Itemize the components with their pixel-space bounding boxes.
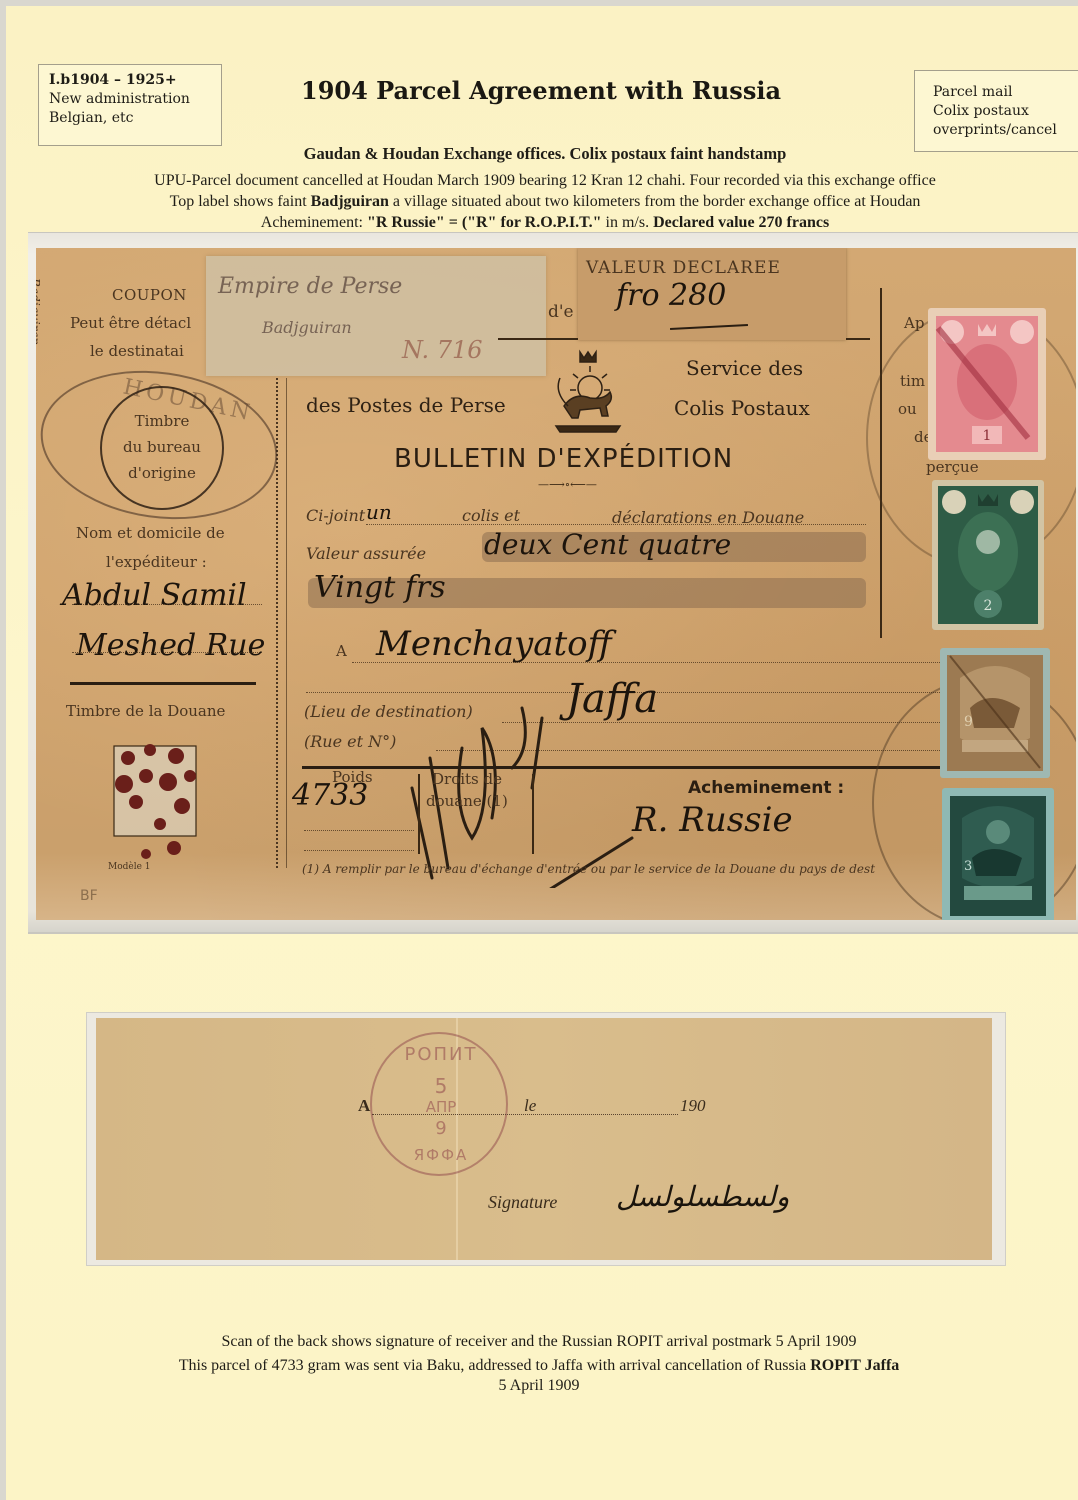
section-line-2: Colix postaux bbox=[933, 102, 1074, 121]
timbre-line-3: d'origine bbox=[100, 460, 224, 486]
parcel-back-scan: РОПИТ 5 АПР 9 ЯФФА A le 190 Signature ول… bbox=[96, 1018, 992, 1260]
pencil-note: BF bbox=[80, 888, 98, 904]
description-line-3: Acheminement: "R Russie" = ("R" for R.O.… bbox=[6, 214, 1078, 232]
valeur-amount: fro 280 bbox=[616, 278, 726, 313]
top-rule-left bbox=[498, 338, 578, 340]
ropit-top-text: РОПИТ bbox=[372, 1044, 510, 1065]
handwritten-scrawl-icon bbox=[392, 688, 652, 888]
footer-line-2: This parcel of 4733 gram was sent via Ba… bbox=[0, 1357, 1078, 1375]
dotted-line bbox=[352, 662, 942, 663]
stamp-3-chahi-green-icon: 3 bbox=[942, 788, 1054, 920]
empire-de-perse-label: Empire de Perse Badjguiran N. 716 bbox=[206, 256, 546, 376]
dotted-line bbox=[304, 850, 414, 851]
des-postes-de-perse: des Postes de Perse bbox=[306, 393, 506, 417]
stamp-2-kran-green-icon: 2 bbox=[932, 480, 1044, 630]
svg-text:3: 3 bbox=[964, 859, 972, 874]
description-line-2: Top label shows faint Badjguiran a villa… bbox=[6, 193, 1078, 211]
nom-domicile-label: Nom et domicile de bbox=[76, 524, 225, 542]
coupon-rule bbox=[70, 682, 256, 685]
coupon-sub-1: Peut être détacl bbox=[70, 314, 191, 332]
margin-handwriting: Badjguiran bbox=[36, 278, 42, 345]
weight-handwriting: 4733 bbox=[292, 778, 368, 813]
weight-divider bbox=[418, 774, 420, 854]
ornament: —⟶∘⟵— bbox=[538, 478, 597, 491]
timbre-line-2: du bureau bbox=[100, 434, 224, 460]
ropit-postmark: РОПИТ 5 АПР 9 ЯФФА bbox=[370, 1032, 508, 1176]
acheminement-handwriting: R. Russie bbox=[632, 800, 793, 840]
empire-label-line-2: Badjguiran bbox=[262, 318, 352, 337]
ropit-bottom-text: ЯФФА bbox=[372, 1146, 510, 1164]
lion-and-sun-emblem-icon bbox=[550, 348, 626, 440]
douane-note-label: douane (1) bbox=[426, 792, 508, 810]
ci-joint-label: Ci-joint bbox=[306, 506, 365, 525]
footnote: (1) A remplir par le bureau d'échange d'… bbox=[302, 862, 875, 876]
description-line-1: UPU-Parcel document cancelled at Houdan … bbox=[6, 172, 1078, 190]
weight-section-rule bbox=[302, 766, 942, 769]
svg-text:1: 1 bbox=[983, 428, 992, 444]
section-line-3: overprints/cancel bbox=[933, 121, 1074, 140]
valeur-declaree-label: VALEUR DECLAREE fro 280 bbox=[578, 248, 846, 340]
timbre-bureau-origine: Timbre du bureau d'origine bbox=[100, 408, 224, 486]
valeur-underline bbox=[670, 324, 748, 330]
ropit-year: 9 bbox=[372, 1118, 510, 1139]
back-year-label: 190 bbox=[680, 1096, 706, 1116]
expediteur-label: l'expéditeur : bbox=[106, 553, 207, 571]
svg-text:9: 9 bbox=[964, 714, 973, 730]
valeur-handwriting-1: deux Cent quatre bbox=[484, 528, 731, 561]
valeur-assuree-label: Valeur assurée bbox=[306, 544, 426, 563]
description-subtitle: Gaudan & Houdan Exchange offices. Colix … bbox=[6, 144, 1078, 164]
dotted-line bbox=[72, 652, 262, 653]
top-rule-right bbox=[846, 338, 870, 340]
footer-line-1: Scan of the back shows signature of rece… bbox=[0, 1333, 1078, 1351]
footer-line-3: 5 April 1909 bbox=[0, 1377, 1078, 1395]
svg-text:2: 2 bbox=[984, 598, 993, 614]
droits-label: Droits de bbox=[432, 770, 502, 788]
colis-postaux: Colis Postaux bbox=[674, 396, 810, 420]
empire-label-line-1: Empire de Perse bbox=[218, 274, 402, 299]
addressee-handwriting: Menchayatoff bbox=[376, 624, 612, 664]
chapter-subtitle-2: Belgian, etc bbox=[49, 109, 211, 128]
sender-handwriting-2: Meshed Rue bbox=[76, 628, 265, 663]
back-a-label: A bbox=[358, 1096, 370, 1116]
timbre-douane-label: Timbre de la Douane bbox=[66, 702, 225, 720]
stamp-9-chahi-brown-icon: 9 bbox=[940, 648, 1050, 778]
colis-et-label: colis et bbox=[462, 506, 520, 525]
droits-divider bbox=[532, 774, 534, 854]
valeur-handwriting-2: Vingt frs bbox=[314, 570, 446, 605]
dotted-line bbox=[304, 830, 414, 831]
ropit-day: 5 bbox=[372, 1074, 510, 1098]
signature-label: Signature bbox=[488, 1192, 557, 1213]
section-box: Parcel mail Colix postaux overprints/can… bbox=[914, 70, 1078, 152]
stamp-1-kran-red-icon: 1 bbox=[928, 308, 1046, 460]
de-fragment: d'e bbox=[548, 302, 574, 322]
service-des: Service des bbox=[686, 356, 803, 380]
section-line-1: Parcel mail bbox=[933, 83, 1074, 102]
acheminement-label: Acheminement : bbox=[688, 778, 844, 798]
timbre-line-1: Timbre bbox=[100, 408, 224, 434]
dotted-line bbox=[72, 604, 262, 605]
perforation-rule bbox=[286, 378, 287, 868]
valeur-title: VALEUR DECLAREE bbox=[586, 258, 781, 278]
customs-seal-icon bbox=[106, 736, 206, 868]
back-le-label: le bbox=[524, 1096, 536, 1116]
rue-label: (Rue et N°) bbox=[304, 732, 396, 751]
a-label: A bbox=[336, 642, 347, 660]
modele-label: Modèle 1 bbox=[108, 862, 151, 872]
sender-handwriting-1: Abdul Samil bbox=[62, 578, 247, 613]
parcel-bulletin-card: Badjguiran COUPON Peut être détacl le de… bbox=[36, 248, 1076, 920]
ci-joint-handwriting: un bbox=[366, 500, 392, 524]
empire-label-number: N. 716 bbox=[402, 336, 483, 364]
coupon-label: COUPON bbox=[112, 286, 187, 304]
coupon-sub-2: le destinatai bbox=[90, 342, 184, 360]
bulletin-title: BULLETIN D'EXPÉDITION bbox=[394, 444, 733, 474]
dotted-line bbox=[366, 524, 866, 525]
receiver-signature: ولسطسلولسل bbox=[616, 1180, 789, 1213]
